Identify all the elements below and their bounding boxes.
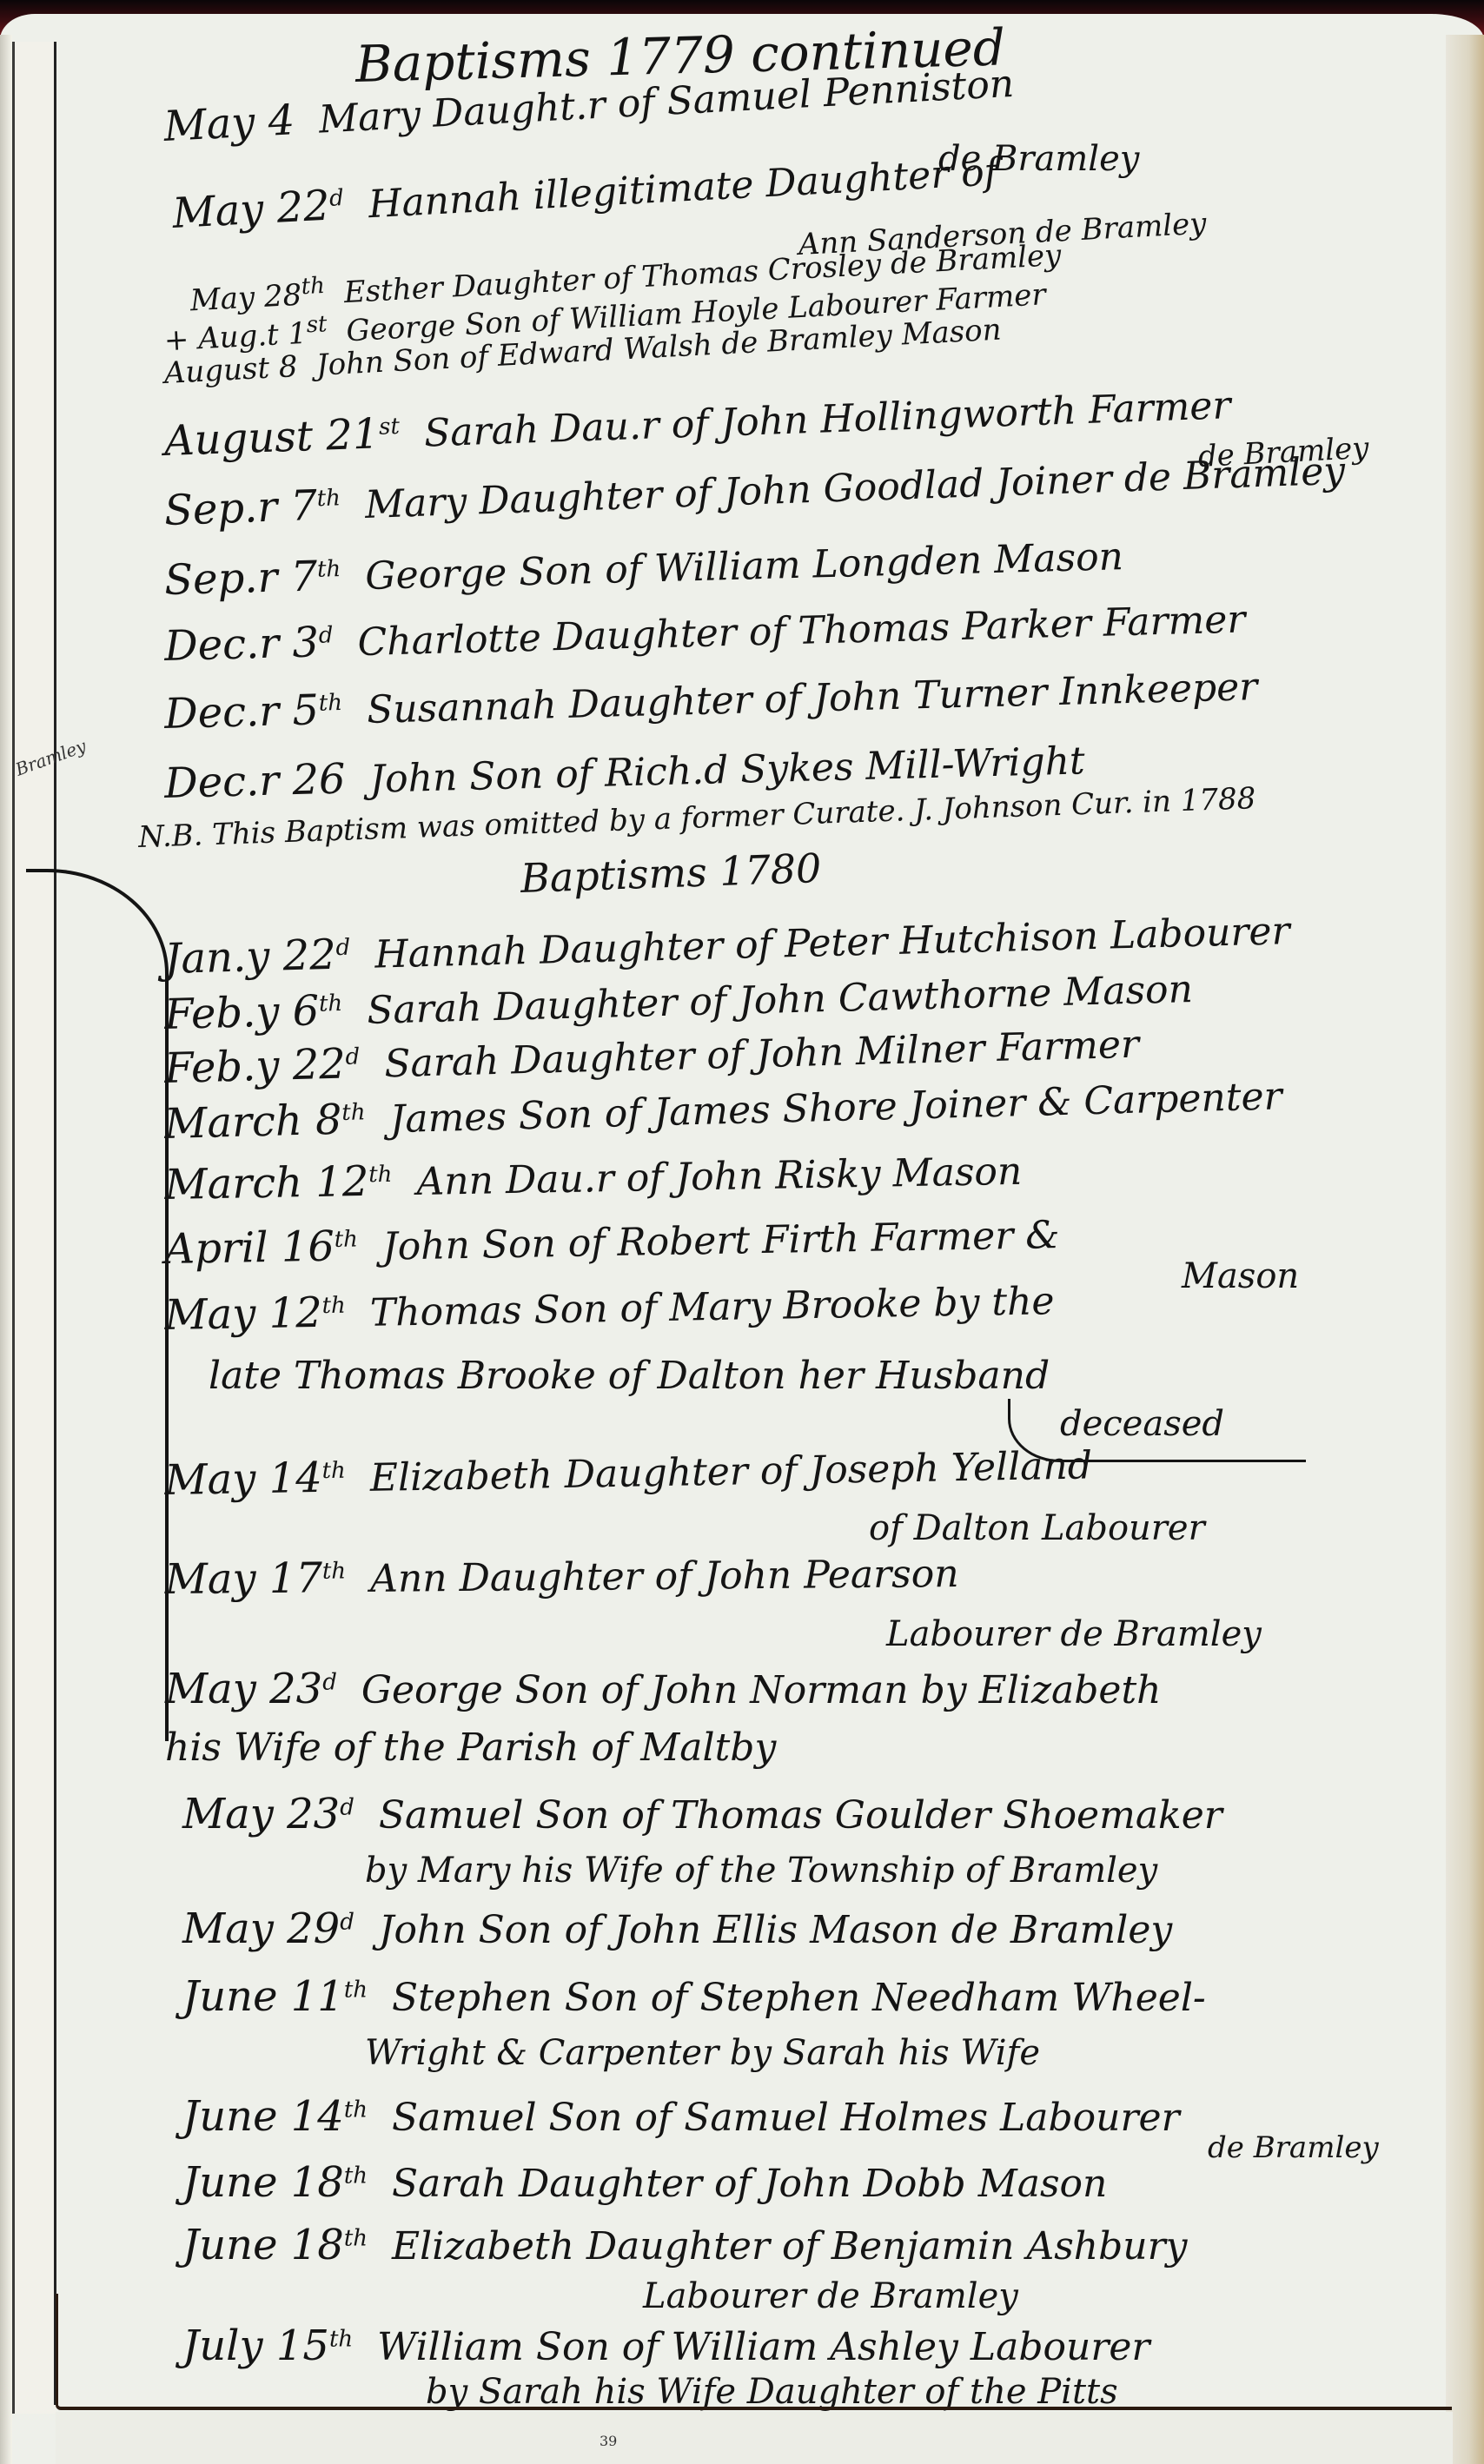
page-gutter [0, 35, 12, 2464]
entry-date-suffix: th [322, 1559, 346, 1585]
entry-date: June 18 [182, 2221, 344, 2269]
entry-date-suffix: d [340, 1909, 354, 1935]
entry-date: Jan.y 22 [164, 931, 337, 984]
entry-date-suffix: d [328, 185, 344, 212]
entry-date: June 18 [182, 2158, 344, 2207]
entry-date-suffix: st [306, 311, 328, 338]
entry-date: August 8 [163, 349, 299, 391]
entry-date: May 22 [171, 182, 331, 238]
entry-row: May 23d George Son of John Norman by Eli… [165, 1665, 1162, 1713]
entry-date-suffix: d [322, 1669, 337, 1695]
entry-date: Sep.r 7 [163, 481, 318, 535]
entry-text: Ann Daughter of John Pearson [370, 1552, 959, 1601]
entry-date-suffix: th [318, 690, 342, 717]
entry-date-suffix: th [368, 1162, 393, 1188]
entry-date-suffix: th [344, 2096, 368, 2123]
entry-continuation: Labourer de Bramley [886, 1614, 1262, 1654]
entry-text: Ann Dau.r of John Risky Mason [416, 1149, 1023, 1204]
entry-date-suffix: th [344, 2225, 368, 2251]
entry-date-suffix: th [319, 990, 343, 1017]
entry-continuation: his Wife of the Parish of Maltby [165, 1725, 776, 1770]
entry-date: March 12 [164, 1157, 369, 1209]
entry-row: June 18th Sarah Daughter of John Dobb Ma… [182, 2158, 1107, 2207]
entry-date-suffix: th [321, 1458, 346, 1484]
entry-date: Dec.r 5 [164, 686, 320, 739]
page-footer-area [56, 2412, 1453, 2464]
entry-text: Sarah Daughter of John Dobb Mason [392, 2162, 1107, 2206]
entry-date-suffix: th [301, 273, 326, 300]
entry-date: May 12 [164, 1288, 322, 1340]
bracket-mark [26, 869, 169, 1741]
page-number: 39 [600, 2433, 617, 2449]
entry-date-suffix: d [335, 935, 350, 961]
entry-date: May 14 [164, 1454, 322, 1505]
entry-date-suffix: d [345, 1043, 360, 1070]
entry-continuation: by Mary his Wife of the Township of Bram… [365, 1851, 1157, 1891]
entry-date: March 8 [164, 1096, 343, 1149]
entry-row: May 17th Ann Daughter of John Pearson [165, 1548, 959, 1604]
entry-date-suffix: th [344, 2163, 368, 2189]
entry-date-suffix: th [321, 1293, 346, 1319]
entry-text: Samuel Son of Thomas Goulder Shoemaker [379, 1793, 1222, 1838]
entry-text: Stephen Son of Stephen Needham Wheel- [392, 1976, 1206, 2020]
entry-date-suffix: d [340, 1794, 354, 1820]
entry-date: Feb.y 22 [164, 1040, 347, 1093]
entry-text: George Son of John Norman by Elizabeth [361, 1668, 1162, 1712]
entry-text: John Son of John Ellis Mason de Bramley [379, 1908, 1172, 1952]
entry-continuation: Wright & Carpenter by Sarah his Wife [365, 2033, 1040, 2073]
entry-date-suffix: th [341, 1099, 366, 1126]
entry-date: April 16 [164, 1222, 335, 1274]
entry-date: August 21 [163, 409, 380, 466]
entry-continuation: Mason [1182, 1256, 1299, 1296]
entry-continuation: late Thomas Brooke of Dalton her Husband [209, 1354, 1050, 1398]
entry-date-suffix: d [318, 622, 333, 648]
entry-date-suffix: th [317, 556, 341, 583]
entry-row: May 23d Samuel Son of Thomas Goulder Sho… [182, 1790, 1222, 1838]
entry-date: May 23 [182, 1790, 340, 1838]
entry-continuation: of Dalton Labourer [869, 1508, 1205, 1548]
entry-row: June 18th Elizabeth Daughter of Benjamin… [182, 2221, 1188, 2269]
entry-date: Feb.y 6 [164, 986, 320, 1039]
entry-date-suffix: th [316, 485, 341, 512]
entry-date-suffix: th [344, 1977, 368, 2003]
entry-text: Samuel Son of Samuel Holmes Labourer [392, 2096, 1180, 2140]
entry-date: May 23 [165, 1665, 322, 1713]
entry-date: May 17 [165, 1553, 323, 1604]
entry-date: May 29 [182, 1904, 340, 1953]
pasted-slip-border [56, 2294, 1452, 2410]
entry-date: June 11 [182, 1972, 344, 2021]
entry-date: May 4 [162, 96, 295, 151]
entry-date: May 28 [189, 278, 302, 319]
page-edge [1446, 35, 1484, 2464]
entry-text: Elizabeth Daughter of Benjamin Ashbury [392, 2224, 1188, 2269]
entry-date: Sep.r 7 [164, 552, 318, 605]
entry-date-suffix: th [334, 1226, 358, 1252]
entry-date: June 14 [182, 2092, 344, 2141]
entry-date-suffix: st [379, 414, 401, 440]
entry-date: Dec.r 26 [164, 755, 347, 808]
entry-row: June 14th Samuel Son of Samuel Holmes La… [182, 2092, 1180, 2141]
entry-date: Dec.r 3 [164, 618, 320, 671]
entry-row: June 11th Stephen Son of Stephen Needham… [182, 1972, 1206, 2021]
entry-continuation: de Bramley [1208, 2130, 1379, 2165]
entry-row: May 29d John Son of John Ellis Mason de … [182, 1904, 1172, 1953]
